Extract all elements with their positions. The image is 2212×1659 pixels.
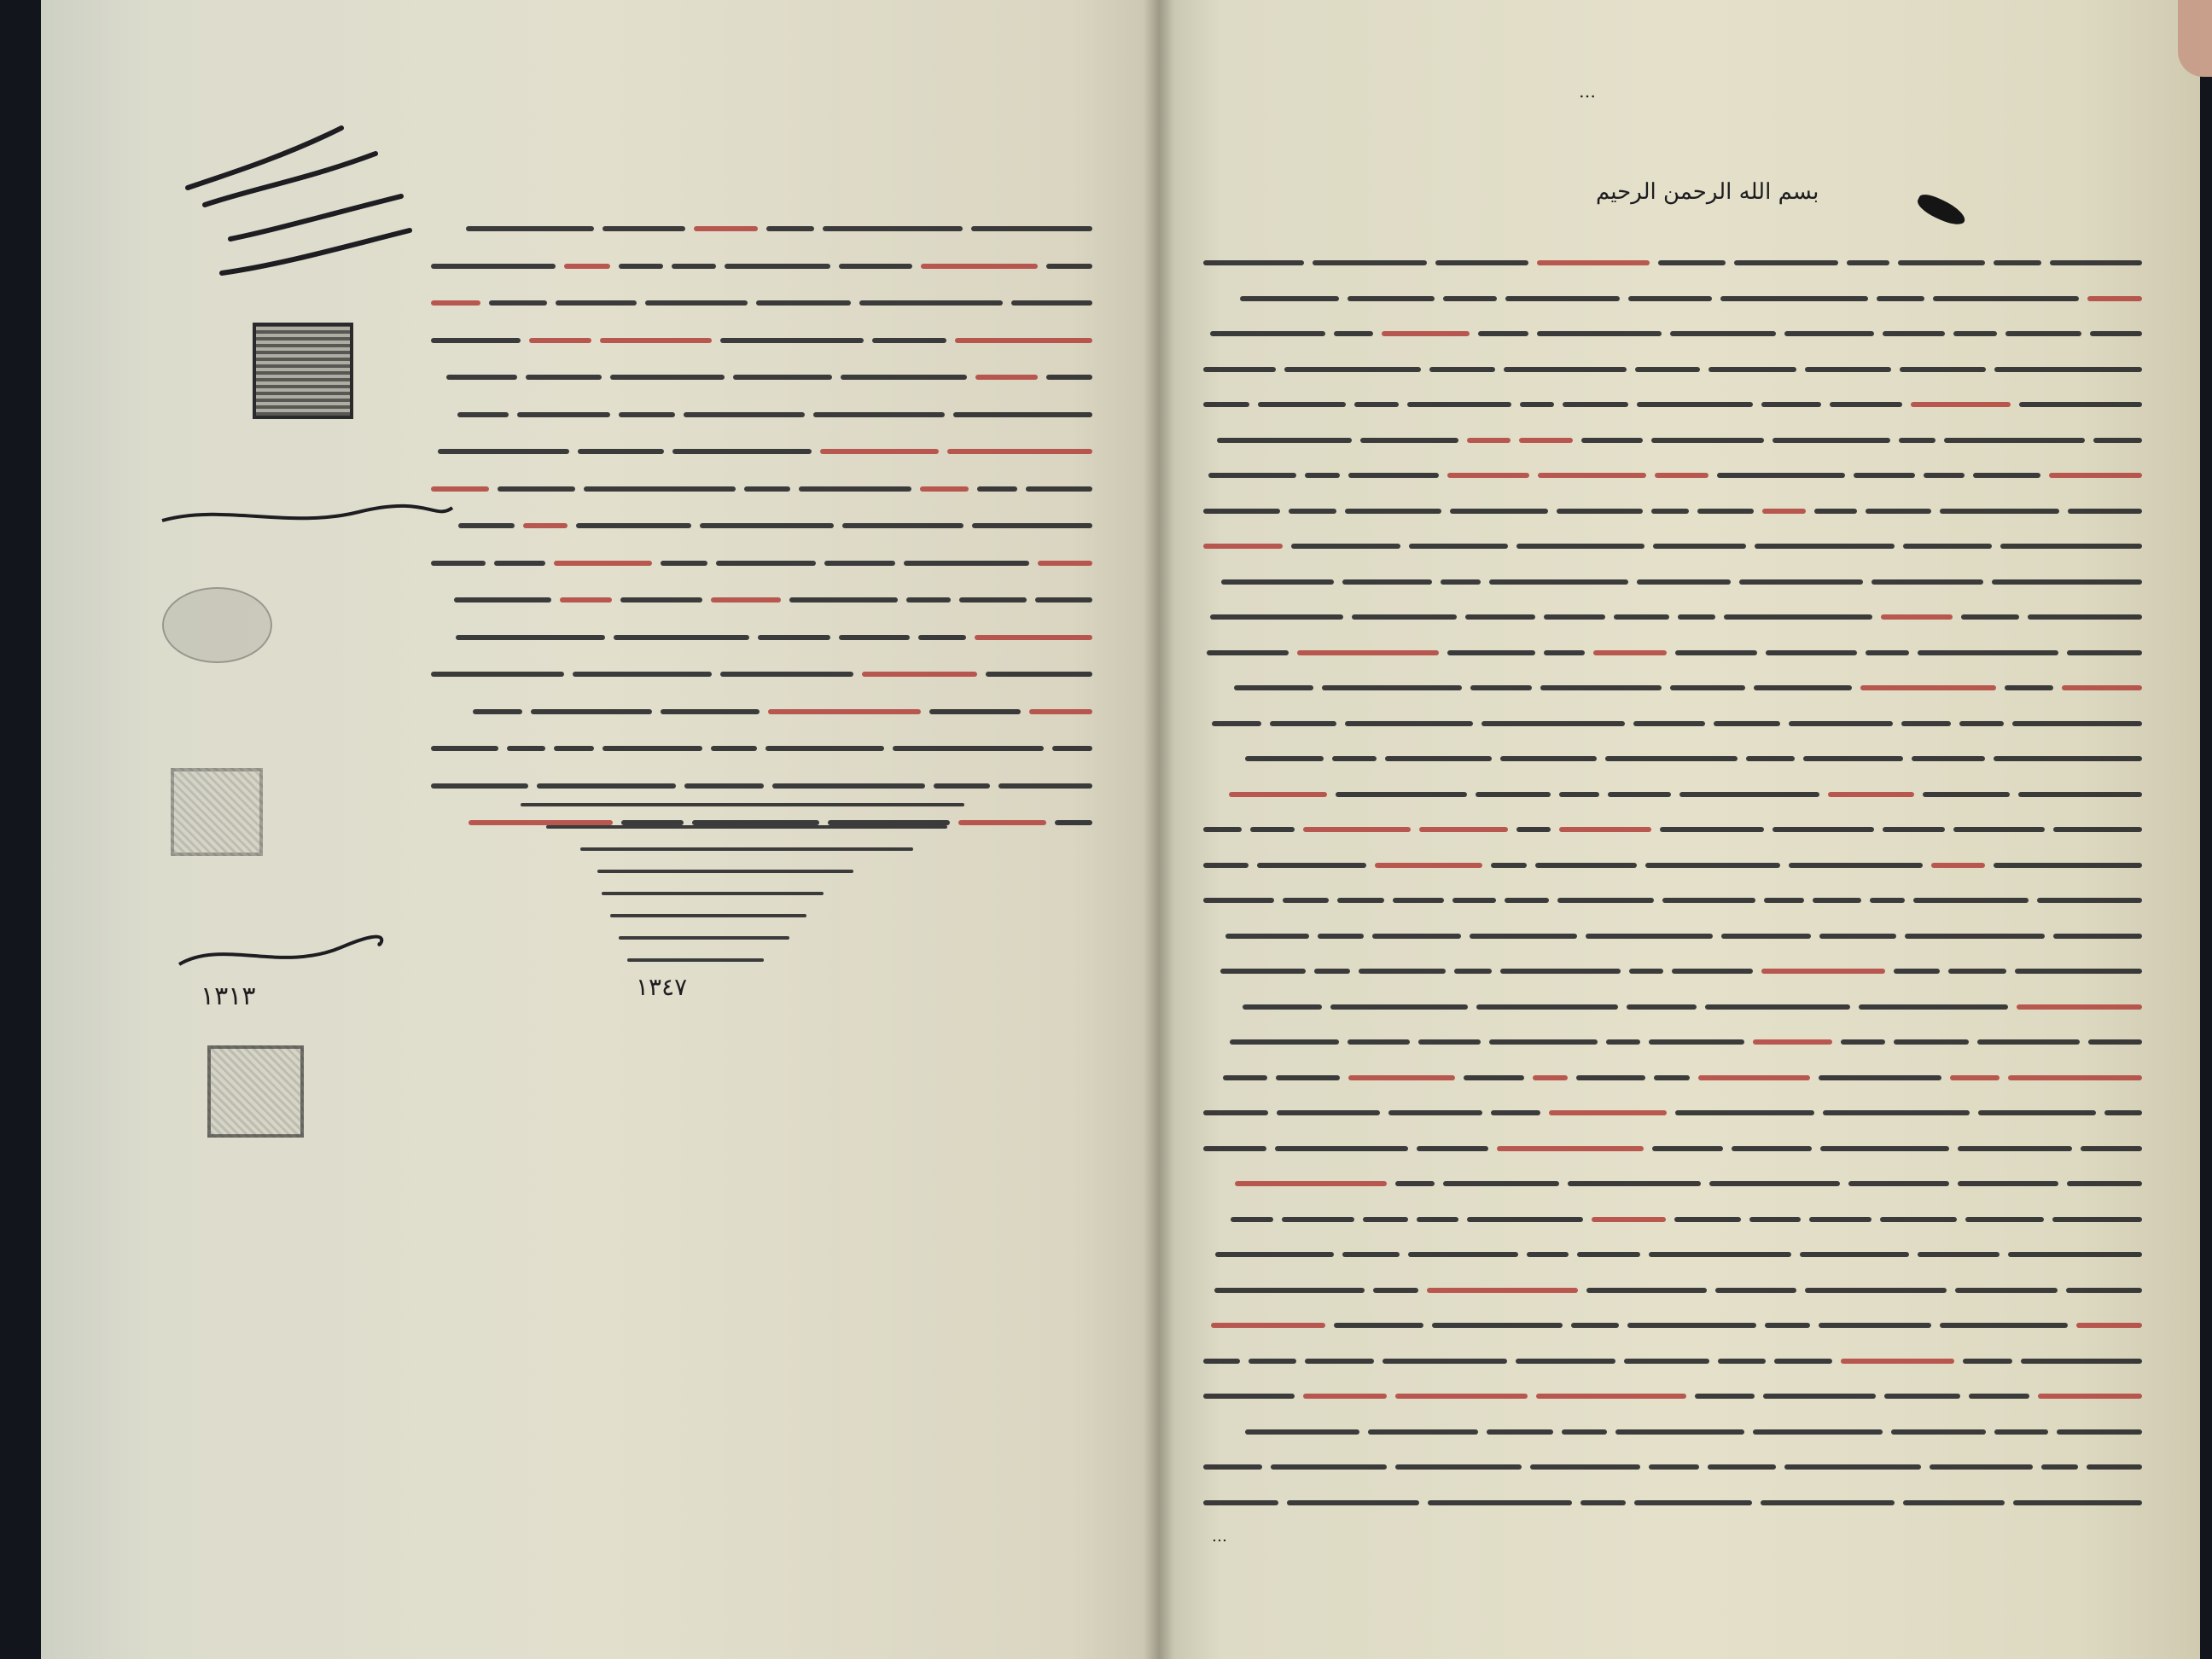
holding-thumb <box>2178 0 2212 77</box>
text-line <box>431 593 1092 607</box>
text-line <box>1203 1177 2142 1190</box>
colophon-line <box>521 798 964 812</box>
text-line <box>431 667 1092 681</box>
text-line <box>1203 823 2142 836</box>
text-line <box>431 370 1092 384</box>
text-line <box>1203 1460 2142 1474</box>
text-line <box>1203 434 2142 447</box>
text-line <box>1203 964 2142 978</box>
text-line <box>1203 859 2142 872</box>
text-line <box>431 259 1092 273</box>
text-line <box>431 482 1092 496</box>
text-line <box>1203 894 2142 907</box>
basmala-heading: بسم الله الرحمن الرحيم <box>1596 179 1819 205</box>
text-line <box>1203 646 2142 660</box>
margin-note-date: ١٣١٣ <box>201 981 255 1011</box>
text-line <box>1203 256 2142 270</box>
text-line <box>1203 681 2142 695</box>
text-line <box>1203 504 2142 518</box>
text-line <box>1203 929 2142 943</box>
text-line <box>431 334 1092 347</box>
text-line <box>1203 1035 2142 1049</box>
text-line <box>1203 788 2142 801</box>
text-line <box>1203 752 2142 765</box>
text-line <box>431 631 1092 644</box>
text-line <box>1203 610 2142 624</box>
text-line <box>1203 575 2142 589</box>
text-line <box>1203 469 2142 482</box>
text-line <box>1203 1106 2142 1120</box>
text-line <box>431 519 1092 533</box>
text-line <box>1203 1071 2142 1085</box>
text-line <box>1203 1248 2142 1261</box>
text-line <box>1203 327 2142 341</box>
faint-seal-stamp <box>171 768 263 856</box>
margin-note <box>154 495 461 538</box>
text-line <box>1203 292 2142 306</box>
text-line <box>1203 1213 2142 1226</box>
text-line <box>431 779 1092 793</box>
text-line <box>1203 363 2142 376</box>
colophon-line <box>597 864 853 878</box>
text-line <box>1203 1000 2142 1014</box>
text-line <box>431 445 1092 458</box>
book-gutter <box>1144 0 1174 1659</box>
seal-stamp <box>253 323 353 419</box>
colophon-line <box>619 931 789 945</box>
text-line <box>1203 1425 2142 1439</box>
text-line <box>431 742 1092 755</box>
text-line <box>1203 1496 2142 1510</box>
text-line <box>1203 1354 2142 1368</box>
text-line <box>431 222 1092 236</box>
text-line <box>1203 1389 2142 1403</box>
colophon-line <box>610 909 806 923</box>
text-line <box>1203 398 2142 411</box>
footer-catchword: … <box>1212 1528 1227 1545</box>
colophon-line <box>580 842 913 856</box>
text-line <box>1203 717 2142 731</box>
text-line <box>1203 1318 2142 1332</box>
colophon-line <box>546 820 947 834</box>
top-note: … <box>1579 81 1596 102</box>
colophon-year: ١٣٤٧ <box>636 973 687 1001</box>
colophon-line <box>627 953 764 967</box>
marginal-inscription <box>171 102 418 299</box>
colophon-line <box>602 887 824 900</box>
square-seal-stamp <box>207 1045 304 1138</box>
text-line <box>431 296 1092 310</box>
text-line <box>431 705 1092 719</box>
text-line <box>1203 1284 2142 1297</box>
text-line <box>1203 539 2142 553</box>
text-line <box>431 556 1092 570</box>
faint-oval-seal <box>162 587 272 663</box>
text-line <box>431 408 1092 422</box>
text-line <box>1203 1142 2142 1155</box>
